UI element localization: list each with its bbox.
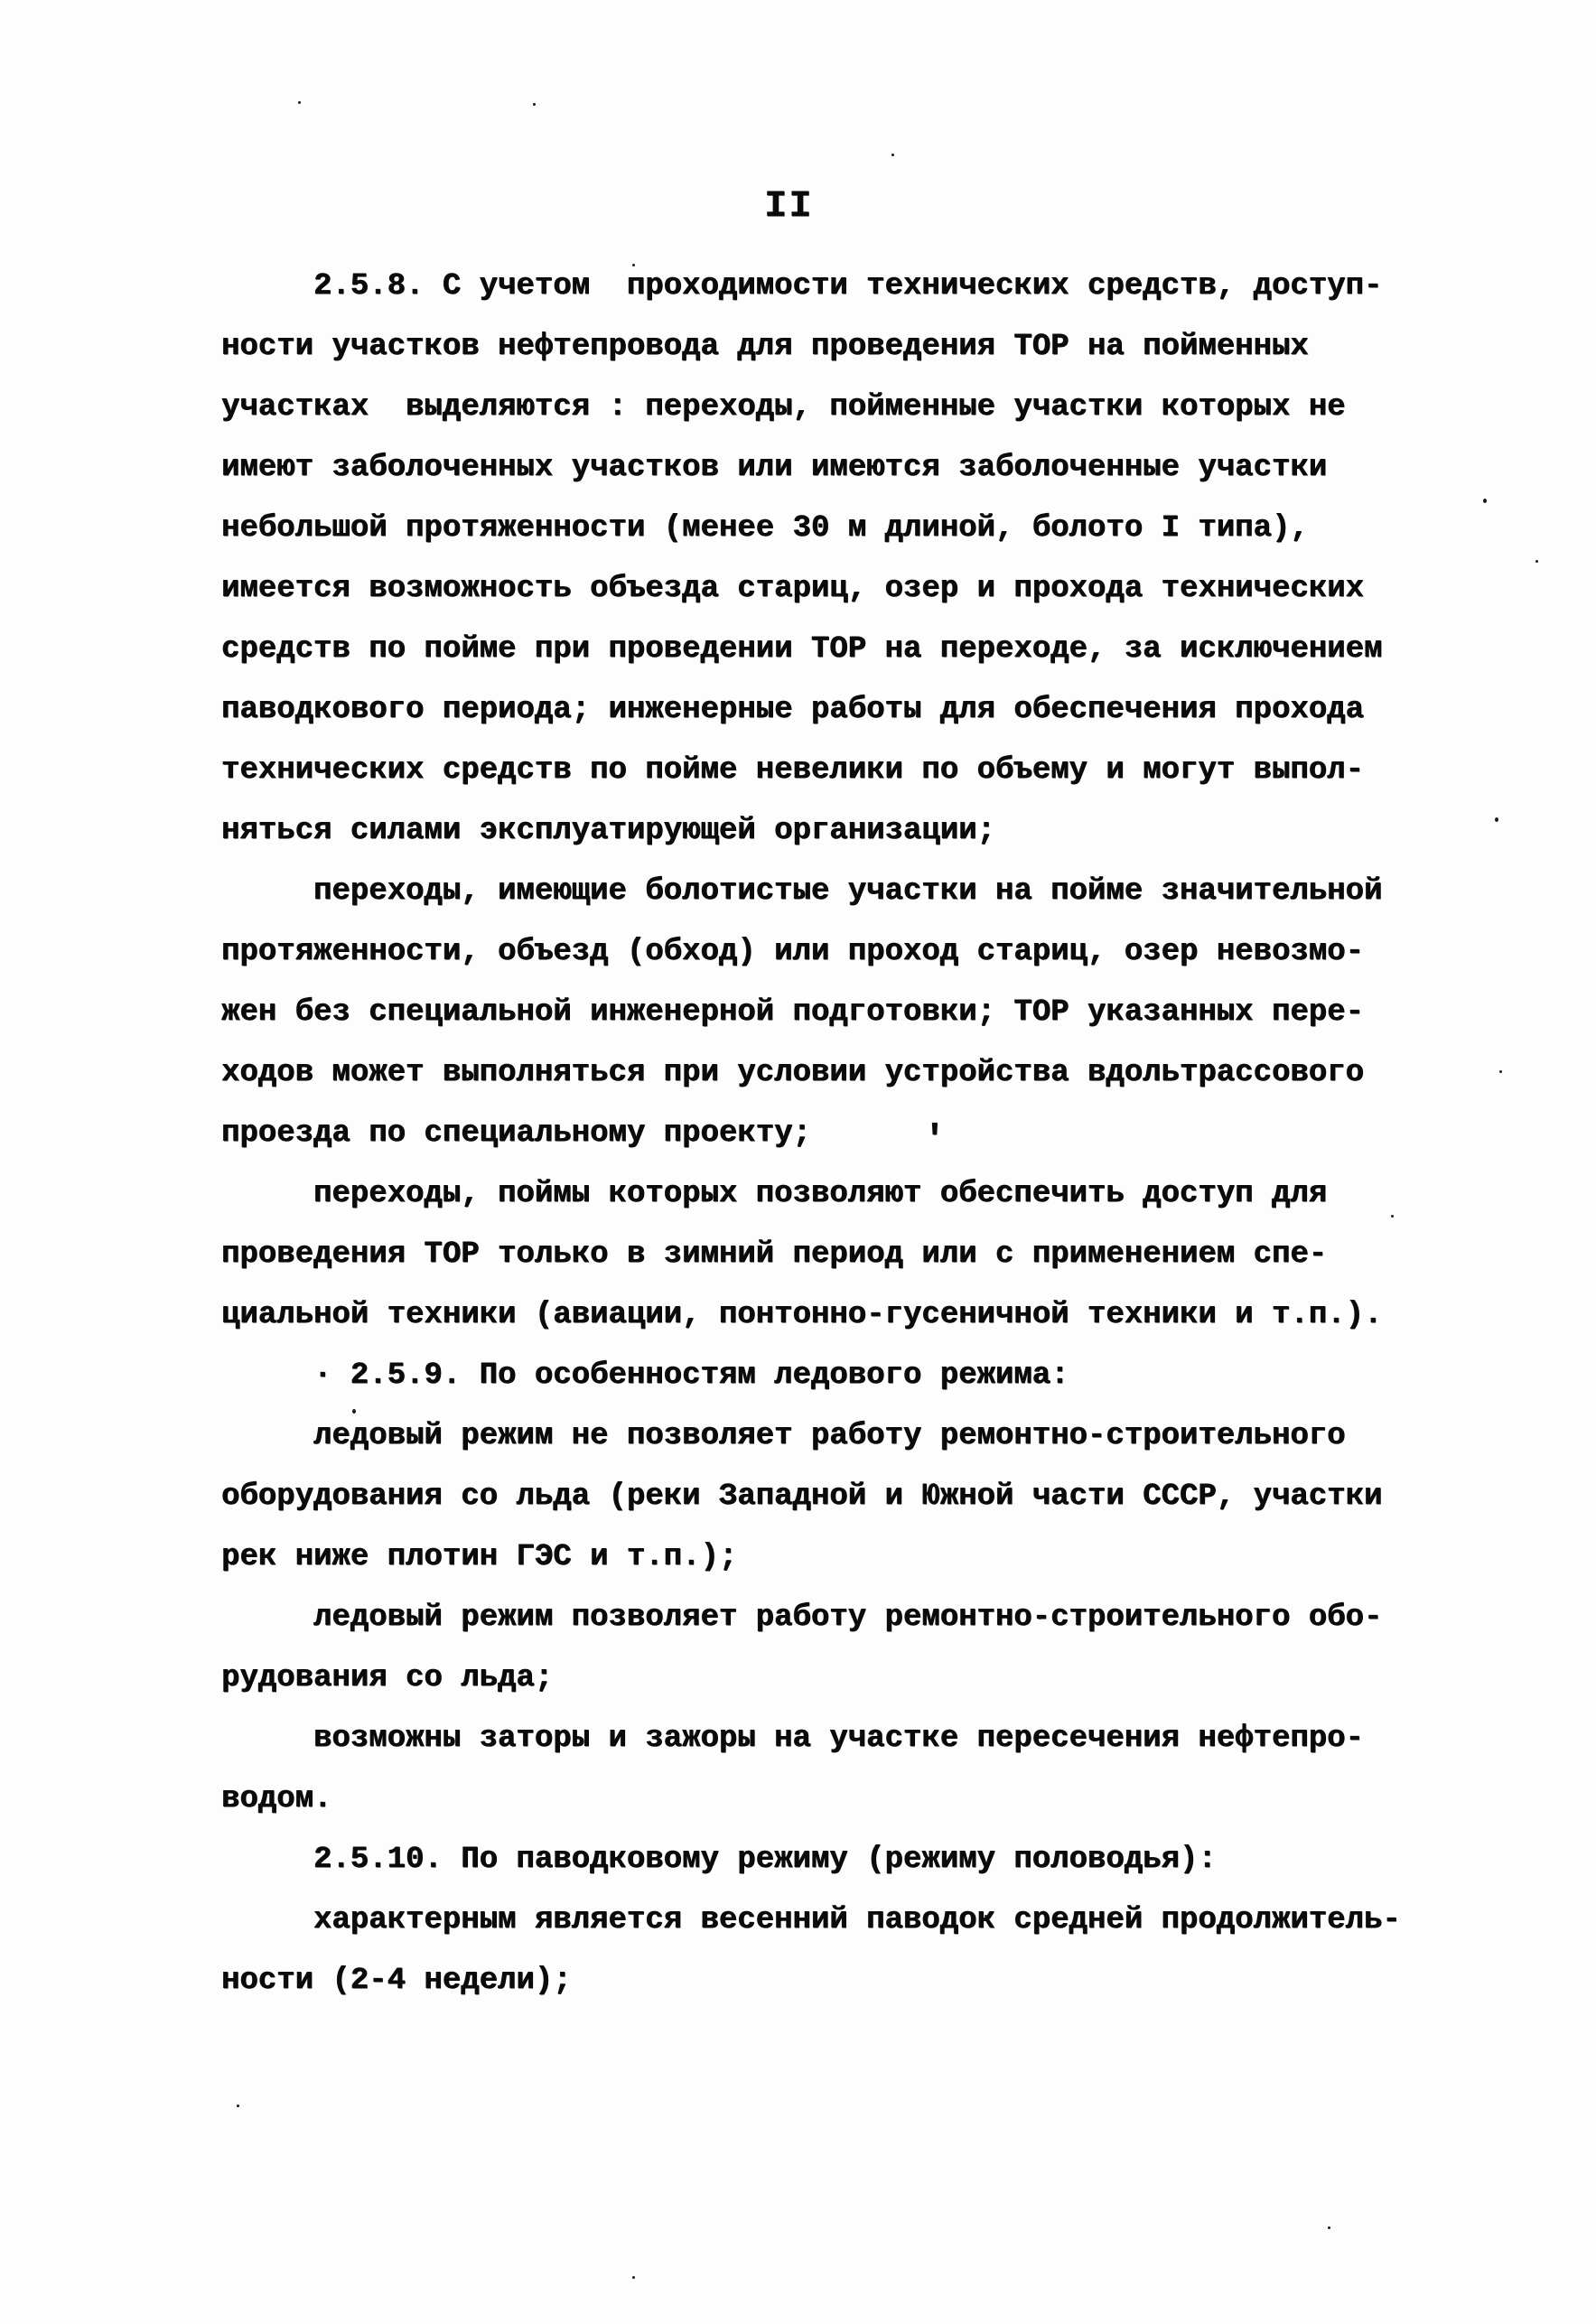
text-line: водом. [221,1769,1486,1830]
scan-speck [298,101,301,104]
text-line: характерным является весенний паводок ср… [221,1890,1486,1951]
text-line: имеют заболоченных участков или имеются … [221,438,1486,499]
scan-speck [1483,499,1487,503]
scan-speck [891,154,894,156]
text-line: участках выделяются : переходы, пойменны… [221,378,1486,438]
scan-speck [1391,1215,1394,1218]
text-line: 2.5.10. По паводковому режиму (режиму по… [221,1830,1486,1890]
text-line: ледовый режим позволяет работу ремонтно-… [221,1588,1486,1648]
text-line: жен без специальной инженерной подготовк… [221,983,1486,1043]
text-block: 2.5.8. С учетом проходимости технических… [221,257,1486,2011]
text-line: паводкового периода; инженерные работы д… [221,680,1486,741]
text-line: рудования со льда; [221,1648,1486,1709]
text-line: технических средств по пойме невелики по… [221,741,1486,801]
scan-speck [632,2276,635,2279]
text-line: ности участков нефтепровода для проведен… [221,317,1486,378]
document-page: II 2.5.8. С учетом проходимости техничес… [0,0,1596,2324]
text-line: няться силами эксплуатирующей организаци… [221,801,1486,862]
text-line: · 2.5.9. По особенностям ледового режима… [221,1346,1486,1406]
text-line: циальной техники (авиации, понтонно-гусе… [221,1285,1486,1346]
stray-apostrophe-mark: ' [923,1118,946,1162]
scan-speck [632,264,635,266]
text-line: возможны заторы и зажоры на участке пере… [221,1709,1486,1769]
text-line: ходов может выполняться при условии устр… [221,1043,1486,1104]
text-line: небольшой протяженности (менее 30 м длин… [221,499,1486,559]
text-line: оборудования со льда (реки Западной и Юж… [221,1467,1486,1527]
text-line: переходы, поймы которых позволяют обеспе… [221,1164,1486,1225]
text-line: проведения ТОР только в зимний период ил… [221,1225,1486,1285]
scan-speck [1535,560,1538,563]
scan-speck [237,2105,239,2107]
text-line: ности (2-4 недели); [221,1951,1486,2011]
text-line: имеется возможность объезда стариц, озер… [221,559,1486,620]
scan-speck [1495,817,1498,822]
text-line: рек ниже плотин ГЭС и т.п.); [221,1527,1486,1588]
text-line: ледовый режим не позволяет работу ремонт… [221,1406,1486,1467]
text-line: средств по пойме при проведении ТОР на п… [221,620,1486,680]
text-line: 2.5.8. С учетом проходимости технических… [221,257,1486,317]
scan-speck [985,1915,987,1918]
scan-speck [1328,2226,1330,2229]
scan-speck [1499,1070,1502,1073]
text-line: протяженности, объезд (обход) или проход… [221,922,1486,983]
page-number: II [764,184,813,228]
scan-speck [533,103,536,106]
scan-speck [352,1409,356,1414]
text-line: проезда по специальному проекту; [221,1104,1486,1164]
text-line: переходы, имеющие болотистые участки на … [221,862,1486,922]
scan-speck [1039,1617,1041,1619]
